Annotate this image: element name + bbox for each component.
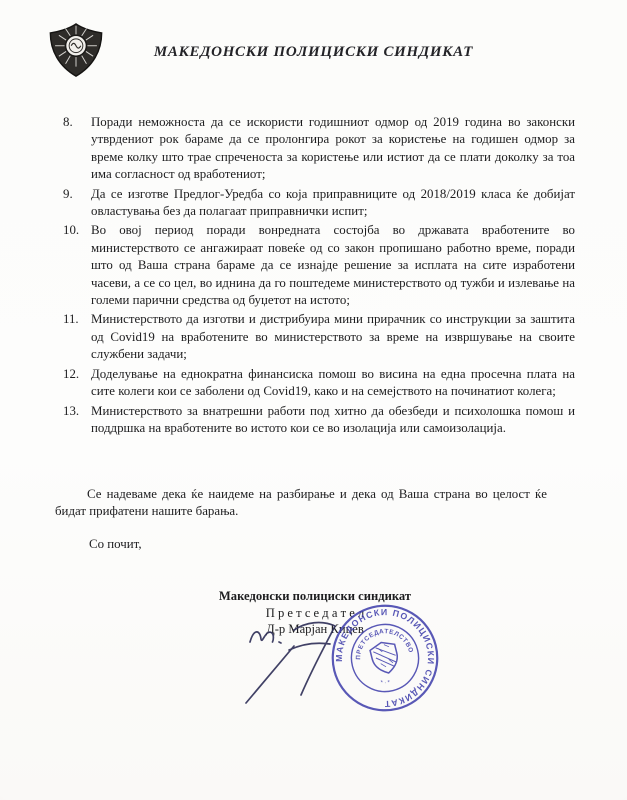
closing-paragraph: Се надеваме дека ќе наидеме на разбирање…	[55, 486, 547, 521]
letterhead: МАКЕДОНСКИ ПОЛИЦИСКИ СИНДИКАТ	[0, 20, 627, 84]
handwritten-signature-icon	[242, 615, 384, 710]
demand-item-10: 10. Во овој период поради вонредната сос…	[63, 222, 575, 309]
demand-item-12: 12. Доделување на еднократна финансиска …	[63, 366, 575, 401]
demand-number: 9.	[63, 186, 91, 221]
demand-item-11: 11. Министерството да изготви и дистрибу…	[63, 311, 575, 363]
demand-item-8: 8. Поради неможноста да се искористи год…	[63, 114, 575, 184]
demand-text: Министерството да изготви и дистрибуира …	[91, 311, 575, 363]
demand-number: 8.	[63, 114, 91, 184]
demand-text: Доделување на еднократна финансиска помо…	[91, 366, 575, 401]
demand-text: Министерството за внатрешни работи под х…	[91, 403, 575, 438]
scanned-letter-page: МАКЕДОНСКИ ПОЛИЦИСКИ СИНДИКАТ 8. Поради …	[0, 0, 627, 800]
demand-number: 13.	[63, 403, 91, 438]
demand-text: Да се изготве Предлог-Уредба со која при…	[91, 186, 575, 221]
demand-number: 10.	[63, 222, 91, 309]
police-union-shield-icon	[45, 22, 107, 79]
demand-text: Поради неможноста да се искористи годишн…	[91, 114, 575, 184]
demand-item-13: 13. Министерството за внатрешни работи п…	[63, 403, 575, 438]
salutation: Со почит,	[89, 537, 142, 552]
demands-list: 8. Поради неможноста да се искористи год…	[63, 114, 575, 439]
demand-number: 11.	[63, 311, 91, 363]
demand-text: Во овој период поради вонредната состојб…	[91, 222, 575, 309]
demand-number: 12.	[63, 366, 91, 401]
demand-item-9: 9. Да се изготве Предлог-Уредба со која …	[63, 186, 575, 221]
